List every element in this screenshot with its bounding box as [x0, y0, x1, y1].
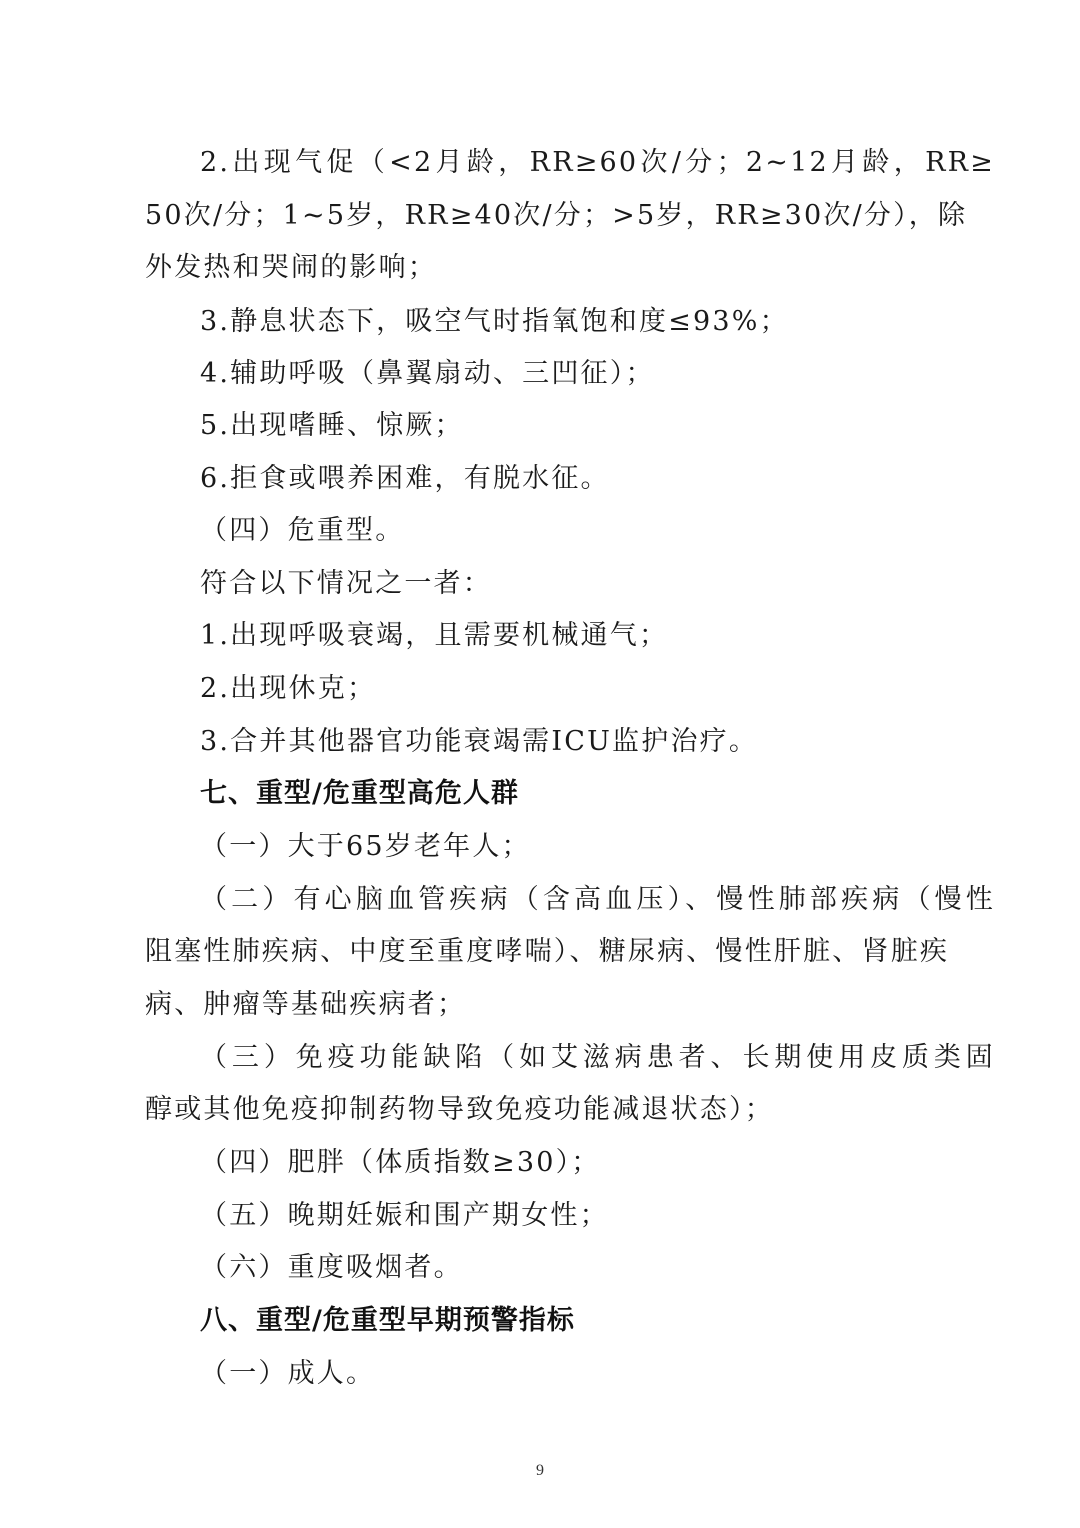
text-line-smokers: （六）重度吸烟者。: [200, 1250, 995, 1286]
text-line-shock: 2.出现休克；: [200, 671, 995, 707]
text-line-chronic-disease-1: （二）有心脑血管疾病（含高血压）、慢性肺部疾病（慢性: [200, 882, 995, 918]
text-line-criteria-intro: 符合以下情况之一者：: [200, 566, 995, 602]
section-heading-early-warning: 八、重型/危重型早期预警指标: [200, 1303, 995, 1339]
section-heading-high-risk: 七、重型/危重型高危人群: [200, 776, 995, 812]
text-line-pregnancy: （五）晚期妊娠和围产期女性；: [200, 1198, 995, 1234]
text-line-rr-criteria-3: 外发热和哭闹的影响；: [145, 250, 940, 286]
text-line-spo2: 3.静息状态下，吸空气时指氧饱和度≤93%；: [200, 304, 995, 340]
text-line-immunodeficiency-1: （三）免疫功能缺陷（如艾滋病患者、长期使用皮质类固: [200, 1040, 995, 1076]
text-line-immunodeficiency-2: 醇或其他免疫抑制药物导致免疫功能减退状态）；: [145, 1092, 940, 1128]
text-line-respiratory-failure: 1.出现呼吸衰竭，且需要机械通气；: [200, 618, 995, 654]
text-line-rr-criteria-1: 2.出现气促（<2月龄，RR≥60次/分；2~12月龄，RR≥: [200, 145, 995, 181]
text-line-elderly: （一）大于65岁老年人；: [200, 829, 995, 865]
text-line-organ-failure: 3.合并其他器官功能衰竭需ICU监护治疗。: [200, 724, 995, 760]
subheading-critical-type: （四）危重型。: [200, 513, 995, 549]
text-line-drowsiness: 5.出现嗜睡、惊厥；: [200, 408, 995, 444]
text-line-obesity: （四）肥胖（体质指数≥30）；: [200, 1145, 995, 1181]
document-page: 2.出现气促（<2月龄，RR≥60次/分；2~12月龄，RR≥ 50次/分；1~…: [0, 0, 1080, 1528]
page-number: 9: [0, 1462, 1080, 1480]
text-line-chronic-disease-2: 阻塞性肺疾病、中度至重度哮喘）、糖尿病、慢性肝脏、肾脏疾: [145, 934, 940, 970]
text-line-rr-criteria-2: 50次/分；1~5岁，RR≥40次/分；>5岁，RR≥30次/分），除: [145, 198, 940, 234]
text-line-feeding: 6.拒食或喂养困难，有脱水征。: [200, 461, 995, 497]
subheading-adults: （一）成人。: [200, 1356, 995, 1392]
text-line-assisted-breathing: 4.辅助呼吸（鼻翼扇动、三凹征）；: [200, 356, 995, 392]
text-line-chronic-disease-3: 病、肿瘤等基础疾病者；: [145, 987, 940, 1023]
